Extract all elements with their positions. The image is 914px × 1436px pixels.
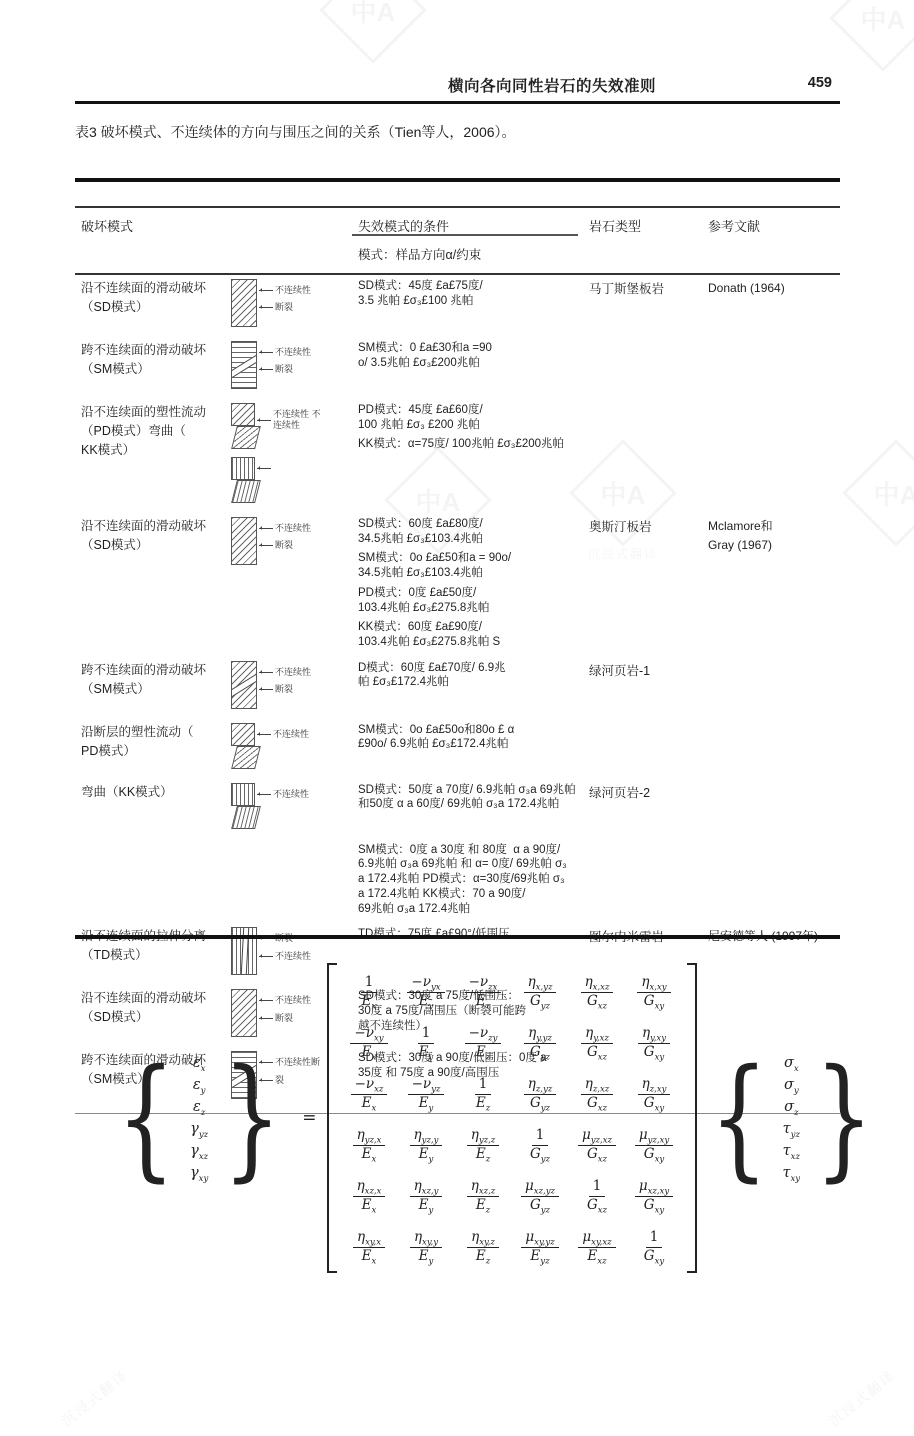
diagram-labels: 不连续性断裂 (259, 517, 311, 558)
fraction-denominator: Ez (476, 1197, 490, 1214)
diagram-label: 断裂 (259, 364, 311, 375)
rock-type-text: 绿河页岩-1 (583, 657, 702, 681)
reference-text (702, 839, 840, 845)
diagram-labels: 不连续性 不 连续性 (257, 403, 321, 438)
fraction: ηyz,xEx (353, 1128, 386, 1162)
fraction-denominator: Ey (419, 1197, 434, 1214)
compliance-matrix: 1Ex−νyxEy−νzxEzηx,yzGyzηx,xzGxzηx,xyGxy−… (341, 965, 683, 1271)
fraction-denominator: Ex (362, 993, 377, 1010)
column-header-reference: 参考文献 (702, 216, 840, 235)
conditions-cell: SD模式：60度 £a£80度/ 34.5兆帕 £σ₃£103.4兆帕SM模式：… (352, 513, 583, 657)
watermark-text: 沉浸式翻译 (824, 1365, 899, 1430)
fraction-numerator: ηxz,z (467, 1179, 500, 1197)
fraction-denominator: Gxy (644, 993, 664, 1010)
fraction: ηz,yzGyz (524, 1077, 557, 1111)
fraction-numerator: −νyx (407, 975, 444, 993)
fraction: ηz,xzGxz (581, 1077, 614, 1111)
fraction: μxz,yzGyz (521, 1179, 559, 1213)
fraction: μxy,yzEyz (521, 1230, 558, 1264)
diagram-cell: 不连续性断裂 (225, 513, 352, 575)
failure-mode-text: 沿不连续面的滑动破坏 （SD模式） (75, 513, 225, 557)
specimen-box-segment (231, 426, 261, 449)
column-header-rock-type: 岩石类型 (583, 216, 702, 235)
specimen-box-segment (231, 783, 255, 806)
rock-type-text: 奥斯汀板岩 (583, 513, 702, 537)
matrix-cell: ηz,xzGxz (581, 1073, 614, 1111)
reference-text (702, 337, 840, 343)
reference-text (702, 399, 840, 405)
matrix-cell: ηyz,yEy (410, 1124, 443, 1162)
diagram-label-text: 断裂 (275, 364, 293, 375)
diagram-label: 断裂 (259, 540, 311, 551)
strain-component: εx (190, 1054, 208, 1072)
fraction: ηy,xyGxy (638, 1026, 670, 1060)
stress-component: τxz (782, 1142, 800, 1160)
fraction-denominator: Ez (476, 1095, 490, 1112)
fraction-denominator: Gyz (530, 1197, 550, 1214)
arrow-line-icon (259, 672, 273, 673)
diagram-label-text: 不连续性 (275, 523, 311, 534)
fraction-numerator: 1 (532, 1128, 549, 1146)
fraction-denominator: Ey (419, 993, 434, 1010)
fraction: −νzyEz (465, 1026, 502, 1060)
table-row: 跨不连续面的滑动破坏 （SM模式）不连续性断裂SM模式：0 £a£30和a =9… (75, 337, 840, 399)
specimen-box (231, 661, 257, 709)
fraction-denominator: Ex (362, 1197, 377, 1214)
failure-mode-text: 沿不连续面的滑动破坏 （SD模式） (75, 275, 225, 319)
strain-vector: εxεyεzγyzγxzγxy (188, 1054, 210, 1182)
condition-text: SD模式：45度 £a£75度/ 3.5 兆帕 £σ₃£100 兆帕 (358, 279, 581, 308)
matrix-cell: ηxz,xEx (353, 1175, 386, 1213)
fraction-numerator: ηz,xz (581, 1077, 614, 1095)
matrix-cell: 1Gyz (530, 1124, 550, 1162)
specimen-box-segment (231, 403, 255, 426)
diagram-label: 不连续性 (259, 667, 311, 678)
fraction-denominator: Ez (476, 1044, 490, 1061)
watermark-diamond-icon: 中A (842, 439, 914, 546)
fraction-denominator: Ey (419, 1044, 434, 1061)
fraction-denominator: Gxy (644, 1146, 664, 1163)
specimen-box (231, 341, 257, 389)
conditions-cell: SD模式：50度 a 70度/ 6.9兆帕 σ₃a 69兆帕 和50度 α a … (352, 779, 583, 819)
matrix-cell: 1Ey (418, 1022, 435, 1060)
fraction-numerator: ηyz,y (410, 1128, 443, 1146)
fraction-numerator: −νxy (350, 1026, 387, 1044)
arrow-line-icon (259, 956, 273, 957)
strain-component: γxy (190, 1164, 208, 1182)
table-row: 沿不连续面的塑性流动 （PD模式）弯曲（ KK模式）不连续性 不 连续性 PD模… (75, 399, 840, 513)
specimen-box-segment (231, 723, 255, 746)
document-page: 中A 中A 中A沉浸式翻译 中A 中A 沉浸式翻译 沉浸式翻译 横向各向同性岩石… (0, 0, 914, 1436)
specimen-diagram: 不连续性断裂 (231, 341, 350, 389)
matrix-cell: μxz,yzGyz (521, 1175, 559, 1213)
matrix-cell: ηxy,yEy (410, 1226, 442, 1264)
fraction-numerator: ηx,xz (581, 975, 614, 993)
fraction-numerator: −νzx (465, 975, 502, 993)
fraction-numerator: 1 (646, 1230, 663, 1248)
diagram-labels: 不连续性断裂 (259, 661, 311, 702)
fraction-numerator: ηyz,z (467, 1128, 500, 1146)
diagram-label: 不连续性 (259, 347, 311, 358)
diagram-label-text: 断裂 (275, 302, 293, 313)
matrix-cell: ηy,xzGxz (581, 1022, 613, 1060)
arrow-line-icon (257, 468, 271, 469)
reference-text: Donath (1964) (702, 275, 840, 300)
column-header-condition: 失效模式的条件 (352, 216, 583, 235)
table-row: 沿断层的塑性流动（ PD模式）不连续性SM模式：0o £a£50o和80o £ … (75, 719, 840, 779)
fraction-denominator: Ey (419, 1248, 434, 1265)
matrix-cell: ηy,xyGxy (638, 1022, 670, 1060)
failure-mode-text: 沿断层的塑性流动（ PD模式） (75, 719, 225, 763)
rock-type-text (583, 839, 702, 845)
diagram-cell: 不连续性 不 连续性 (225, 399, 352, 513)
condition-text: PD模式：45度 £a£60度/ 100 兆帕 £σ₃ £200 兆帕 (358, 403, 581, 432)
fraction-denominator: Ex (362, 1095, 377, 1112)
matrix-cell: −νxzEx (351, 1073, 388, 1111)
fraction-numerator: ηx,yz (524, 975, 557, 993)
matrix-cell: ηx,xzGxz (581, 971, 614, 1009)
matrix-bracket-left (327, 963, 337, 1273)
reference-text (702, 779, 840, 785)
matrix-cell: −νxyEx (350, 1022, 387, 1060)
diagram-label-text (273, 463, 276, 474)
fraction: μxz,xyGxy (635, 1179, 673, 1213)
fraction: ηxy,zEz (467, 1230, 499, 1264)
fraction: ηx,yzGyz (524, 975, 557, 1009)
failure-mode-text (75, 839, 225, 845)
table-row: 弯曲（KK模式）不连续性SD模式：50度 a 70度/ 6.9兆帕 σ₃a 69… (75, 779, 840, 839)
diagram-label: 不连续性 不 连续性 (257, 409, 321, 432)
fraction-numerator: 1 (475, 1077, 492, 1095)
fraction-numerator: ηx,xy (637, 975, 670, 993)
diagram-cell: 不连续性 (225, 719, 352, 779)
fraction-denominator: Ey (419, 1146, 434, 1163)
fraction: ηy,xzGxz (581, 1026, 613, 1060)
fraction: ηx,xyGxy (637, 975, 670, 1009)
fraction: ηyz,yEy (410, 1128, 443, 1162)
fraction: −νzxEz (465, 975, 502, 1009)
strain-component: εy (190, 1076, 208, 1094)
table-header: 破坏模式 失效模式的条件 岩石类型 参考文献 模式：样品方向α/约束 (75, 208, 840, 273)
fraction-denominator: Ex (362, 1146, 377, 1163)
diagram-labels: 不连续性断裂 (259, 341, 311, 382)
column-header-failure-mode: 破坏模式 (75, 216, 352, 235)
specimen-box (231, 783, 255, 829)
matrix-cell: ηz,yzGyz (524, 1073, 557, 1111)
fraction-numerator: ηxy,z (467, 1230, 499, 1248)
fraction-numerator: μxy,xz (578, 1230, 615, 1248)
condition-text: SD模式：60度 £a£80度/ 34.5兆帕 £σ₃£103.4兆帕 (358, 517, 581, 546)
matrix-cell: μyz,xzGxz (578, 1124, 616, 1162)
fraction-numerator: ηz,yz (524, 1077, 557, 1095)
diagram-label: 不连续性 (259, 285, 311, 296)
fraction-numerator: −νyz (408, 1077, 445, 1095)
specimen-diagram: 不连续性断裂 (231, 517, 350, 565)
table-row: 沿不连续面的滑动破坏 （SD模式）不连续性断裂SD模式：45度 £a£75度/ … (75, 275, 840, 337)
diagram-cell: 不连续性 (225, 779, 352, 839)
rock-type-text (583, 719, 702, 725)
fraction: ηz,xyGxy (638, 1077, 671, 1111)
table-row: 沿不连续面的滑动破坏 （SD模式）不连续性断裂SD模式：60度 £a£80度/ … (75, 513, 840, 657)
fraction-numerator: μyz,xy (635, 1128, 673, 1146)
diagram-label-text: 断裂 (275, 684, 293, 695)
conditions-cell: SM模式：0o £a£50o和80o £ α £90o/ 6.9兆帕 £σ₃£1… (352, 719, 583, 759)
rock-type-text: 绿河页岩-2 (583, 779, 702, 803)
specimen-box (231, 279, 257, 327)
diagram-label-text: 不连续性 (275, 951, 311, 962)
diagram-labels (257, 457, 276, 480)
fraction-denominator: Ex (362, 1044, 377, 1061)
fraction: −νyxEy (407, 975, 444, 1009)
matrix-cell: ηxy,zEz (467, 1226, 499, 1264)
header-rule (75, 101, 840, 104)
fraction-denominator: Gyz (530, 1095, 550, 1112)
diagram-label: 不连续性 (259, 951, 311, 962)
arrow-line-icon (259, 369, 273, 370)
diagram-label-text: 不连续性 (273, 729, 309, 740)
matrix-cell: ηyz,xEx (353, 1124, 386, 1162)
diagram-cell: 不连续性断裂 (225, 275, 352, 337)
diagram-labels: 不连续性 (257, 783, 309, 806)
matrix-cell: ηxy,xEx (353, 1226, 385, 1264)
matrix-cell: μyz,xyGxy (635, 1124, 673, 1162)
arrow-line-icon (259, 528, 273, 529)
conditions-cell: SD模式：45度 £a£75度/ 3.5 兆帕 £σ₃£100 兆帕 (352, 275, 583, 315)
watermark-diamond-icon: 中A (829, 0, 914, 72)
matrix-cell: 1Ex (361, 971, 378, 1009)
brace-left-icon (117, 1052, 176, 1184)
reference-text: Mclamore和 Gray (1967) (702, 513, 840, 557)
watermark-logo: 中A (858, 455, 914, 531)
fraction: ηx,xzGxz (581, 975, 614, 1009)
specimen-box (231, 403, 255, 449)
fraction: 1Ex (361, 975, 378, 1009)
specimen-diagram: 不连续性 (231, 723, 350, 769)
brace-left-icon (709, 1052, 768, 1184)
condition-text: KK模式：α=75度/ 100兆帕 £σ₃£200兆帕 (358, 437, 581, 452)
failure-mode-text: 弯曲（KK模式） (75, 779, 225, 804)
condition-text: PD模式：0度 £a£50度/ 103.4兆帕 £σ₃£275.8兆帕 (358, 586, 581, 615)
watermark-logo: 中A (845, 0, 914, 56)
diagram-labels: 不连续性断裂 (259, 279, 311, 320)
watermark-text: 沉浸式翻译 (57, 1365, 132, 1430)
fraction: 1Gyz (530, 1128, 550, 1162)
fraction-numerator: ηxy,x (353, 1230, 385, 1248)
fraction-numerator: μxy,yz (521, 1230, 558, 1248)
fraction: μxy,xzExz (578, 1230, 615, 1264)
diagram-label-text: 不连续性 不 连续性 (273, 409, 321, 432)
diagram-label-text: 不连续性 (275, 667, 311, 678)
arrow-line-icon (259, 307, 273, 308)
condition-text: SM模式：0度 a 30度 和 80度 α a 90度/ 6.9兆帕 σ₃a 6… (358, 843, 581, 917)
diagram-label-text: 断裂 (275, 540, 293, 551)
fraction: ηxz,xEx (353, 1179, 386, 1213)
specimen-diagram: 不连续性 不 连续性 (231, 403, 350, 449)
fraction-denominator: Gyz (530, 1146, 550, 1163)
matrix-cell: ηy,yzGyz (524, 1022, 556, 1060)
matrix-cell: μxy,xzExz (578, 1226, 615, 1264)
equals-sign: = (302, 1108, 316, 1128)
stress-component: τxy (782, 1164, 800, 1182)
fraction: −νxyEx (350, 1026, 387, 1060)
specimen-box-segment (231, 480, 261, 503)
fraction: −νxzEx (351, 1077, 388, 1111)
fraction: μyz,xyGxy (635, 1128, 673, 1162)
specimen-diagram (231, 457, 350, 503)
watermark-logo: 中A (335, 0, 411, 48)
strain-component: εz (190, 1098, 208, 1116)
table-row: SM模式：0度 a 30度 和 80度 α a 90度/ 6.9兆帕 σ₃a 6… (75, 839, 840, 924)
diagram-cell (225, 839, 352, 845)
conditions-cell: PD模式：45度 £a£60度/ 100 兆帕 £σ₃ £200 兆帕KK模式：… (352, 399, 583, 459)
fraction-denominator: Ez (476, 1146, 490, 1163)
matrix-cell: ηx,yzGyz (524, 971, 557, 1009)
diagram-label-text: 不连续性 (273, 789, 309, 800)
fraction-numerator: −νzy (465, 1026, 502, 1044)
fraction-denominator: Gxz (587, 1044, 607, 1061)
fraction-denominator: Gxz (587, 993, 607, 1010)
reference-text (702, 657, 840, 663)
fraction-numerator: ηyz,x (353, 1128, 386, 1146)
stress-vector: σxσyσzτyzτxzτxy (780, 1054, 802, 1182)
fraction-numerator: −νxz (351, 1077, 388, 1095)
strain-component: γxz (190, 1142, 208, 1160)
fraction-denominator: Gxy (644, 1044, 664, 1061)
fraction-numerator: 1 (361, 975, 378, 993)
conditions-cell: D模式：60度 £a£70度/ 6.9兆 帕 £σ₃£172.4兆帕 (352, 657, 583, 697)
fraction-numerator: 1 (418, 1026, 435, 1044)
fraction-numerator: ηz,xy (638, 1077, 671, 1095)
fraction: ηxz,yEy (410, 1179, 443, 1213)
arrow-line-icon (259, 545, 273, 546)
fraction: 1Gxz (587, 1179, 607, 1213)
running-title: 横向各向同性岩石的失效准则 (448, 74, 656, 96)
table-top-thick-rule (75, 178, 840, 182)
matrix-cell: 1Gxz (587, 1175, 607, 1213)
specimen-box-segment (231, 806, 261, 829)
arrow-line-icon (257, 420, 271, 421)
fraction-numerator: μxz,xy (635, 1179, 673, 1197)
condition-text: SM模式：0o £a£50和a = 90o/ 34.5兆帕 £σ₃£103.4兆… (358, 551, 581, 580)
condition-text: SM模式：0 £a£30和a =90 o/ 3.5兆帕 £σ₃£200兆帕 (358, 341, 581, 370)
table-bottom-thick-rule (75, 935, 840, 939)
arrow-line-icon (257, 734, 271, 735)
failure-mode-text: 沿不连续面的拉伸分离 （TD模式） (75, 923, 225, 967)
specimen-box-segment (231, 746, 261, 769)
arrow-line-icon (259, 352, 273, 353)
specimen-box (231, 457, 255, 503)
fraction: ηxy,yEy (410, 1230, 442, 1264)
fraction-denominator: Eyz (530, 1248, 549, 1265)
diagram-label: 断裂 (259, 302, 311, 313)
matrix-cell: ηxz,yEy (410, 1175, 443, 1213)
column-subheader-mode: 模式：样品方向α/约束 (352, 235, 840, 269)
condition-text: SD模式：50度 a 70度/ 6.9兆帕 σ₃a 69兆帕 和50度 α a … (358, 783, 581, 812)
fraction-denominator: Ey (419, 1095, 434, 1112)
diagram-label-text: 不连续性 (275, 285, 311, 296)
rock-type-text (583, 399, 702, 405)
fraction-denominator: Ez (476, 993, 490, 1010)
matrix-cell: −νyxEy (407, 971, 444, 1009)
matrix-cell: ηyz,zEz (467, 1124, 500, 1162)
page-number: 459 (808, 75, 832, 91)
watermark-diamond-icon: 中A (319, 0, 426, 64)
matrix-bracket-right (687, 963, 697, 1273)
fraction-denominator: Gyz (530, 993, 550, 1010)
fraction-numerator: μyz,xz (578, 1128, 616, 1146)
fraction: −νyzEy (408, 1077, 445, 1111)
stress-component: τyz (782, 1120, 800, 1138)
rock-type-text (583, 337, 702, 343)
arrow-line-icon (259, 290, 273, 291)
matrix-cell: ηx,xyGxy (637, 971, 670, 1009)
matrix-cell: −νyzEy (408, 1073, 445, 1111)
fraction-numerator: ηy,xz (581, 1026, 613, 1044)
fraction-denominator: Gxz (587, 1146, 607, 1163)
diagram-cell: 不连续性断裂 (225, 337, 352, 399)
fraction-numerator: ηy,yz (524, 1026, 556, 1044)
diagram-labels: 不连续性 (257, 723, 309, 746)
fraction: 1Ey (418, 1026, 435, 1060)
fraction: ηyz,zEz (467, 1128, 500, 1162)
fraction: ηxy,xEx (353, 1230, 385, 1264)
table-row: 跨不连续面的滑动破坏 （SM模式）不连续性断裂D模式：60度 £a£70度/ 6… (75, 657, 840, 719)
fraction: 1Ez (475, 1077, 492, 1111)
specimen-box (231, 723, 255, 769)
rock-type-text: 马丁斯堡板岩 (583, 275, 702, 299)
fraction-denominator: Gxy (644, 1095, 664, 1112)
condition-text: SM模式：0o £a£50o和80o £ α £90o/ 6.9兆帕 £σ₃£1… (358, 723, 581, 752)
specimen-diagram: 不连续性断裂 (231, 279, 350, 327)
diagram-label: 断裂 (259, 684, 311, 695)
specimen-diagram: 不连续性断裂 (231, 661, 350, 709)
brace-right-icon (815, 1052, 874, 1184)
specimen-box-segment (231, 457, 255, 480)
diagram-label: 不连续性 (259, 523, 311, 534)
stress-component: σy (782, 1076, 800, 1094)
diagram-label: 不连续性 (257, 789, 309, 800)
conditions-cell: SM模式：0度 a 30度 和 80度 α a 90度/ 6.9兆帕 σ₃a 6… (352, 839, 583, 924)
arrow-line-icon (259, 689, 273, 690)
fraction-numerator: μxz,yz (521, 1179, 559, 1197)
failure-mode-text: 沿不连续面的塑性流动 （PD模式）弯曲（ KK模式） (75, 399, 225, 461)
matrix-cell: μxz,xyGxy (635, 1175, 673, 1213)
compliance-matrix-equation: εxεyεzγyzγxzγxy = 1Ex−νyxEy−νzxEzηx,yzGy… (104, 962, 914, 1274)
page-header: 横向各向同性岩石的失效准则 459 (75, 74, 840, 98)
specimen-diagram: 不连续性 (231, 783, 350, 829)
fraction-numerator: 1 (589, 1179, 606, 1197)
fraction: 1Gxy (644, 1230, 664, 1264)
condition-text: D模式：60度 £a£70度/ 6.9兆 帕 £σ₃£172.4兆帕 (358, 661, 581, 690)
diagram-cell: 不连续性断裂 (225, 657, 352, 719)
matrix-cell: −νzxEz (465, 971, 502, 1009)
diagram-label-text: 不连续性 (275, 347, 311, 358)
matrix-cell: −νzyEz (465, 1022, 502, 1060)
conditions-cell: SM模式：0 £a£30和a =90 o/ 3.5兆帕 £σ₃£200兆帕 (352, 337, 583, 377)
diagram-label (257, 463, 276, 474)
fraction-numerator: ηxy,y (410, 1230, 442, 1248)
failure-mode-text: 跨不连续面的滑动破坏 （SM模式） (75, 657, 225, 701)
fraction-denominator: Gyz (530, 1044, 550, 1061)
fraction: ηy,yzGyz (524, 1026, 556, 1060)
matrix-cell: ηxz,zEz (467, 1175, 500, 1213)
stress-component: σz (782, 1098, 800, 1116)
fraction-denominator: Ez (476, 1248, 490, 1265)
strain-component: γyz (190, 1120, 208, 1138)
fraction-denominator: Gxz (587, 1095, 607, 1112)
fraction-denominator: Gxy (644, 1197, 664, 1214)
fraction-numerator: ηxz,x (353, 1179, 386, 1197)
